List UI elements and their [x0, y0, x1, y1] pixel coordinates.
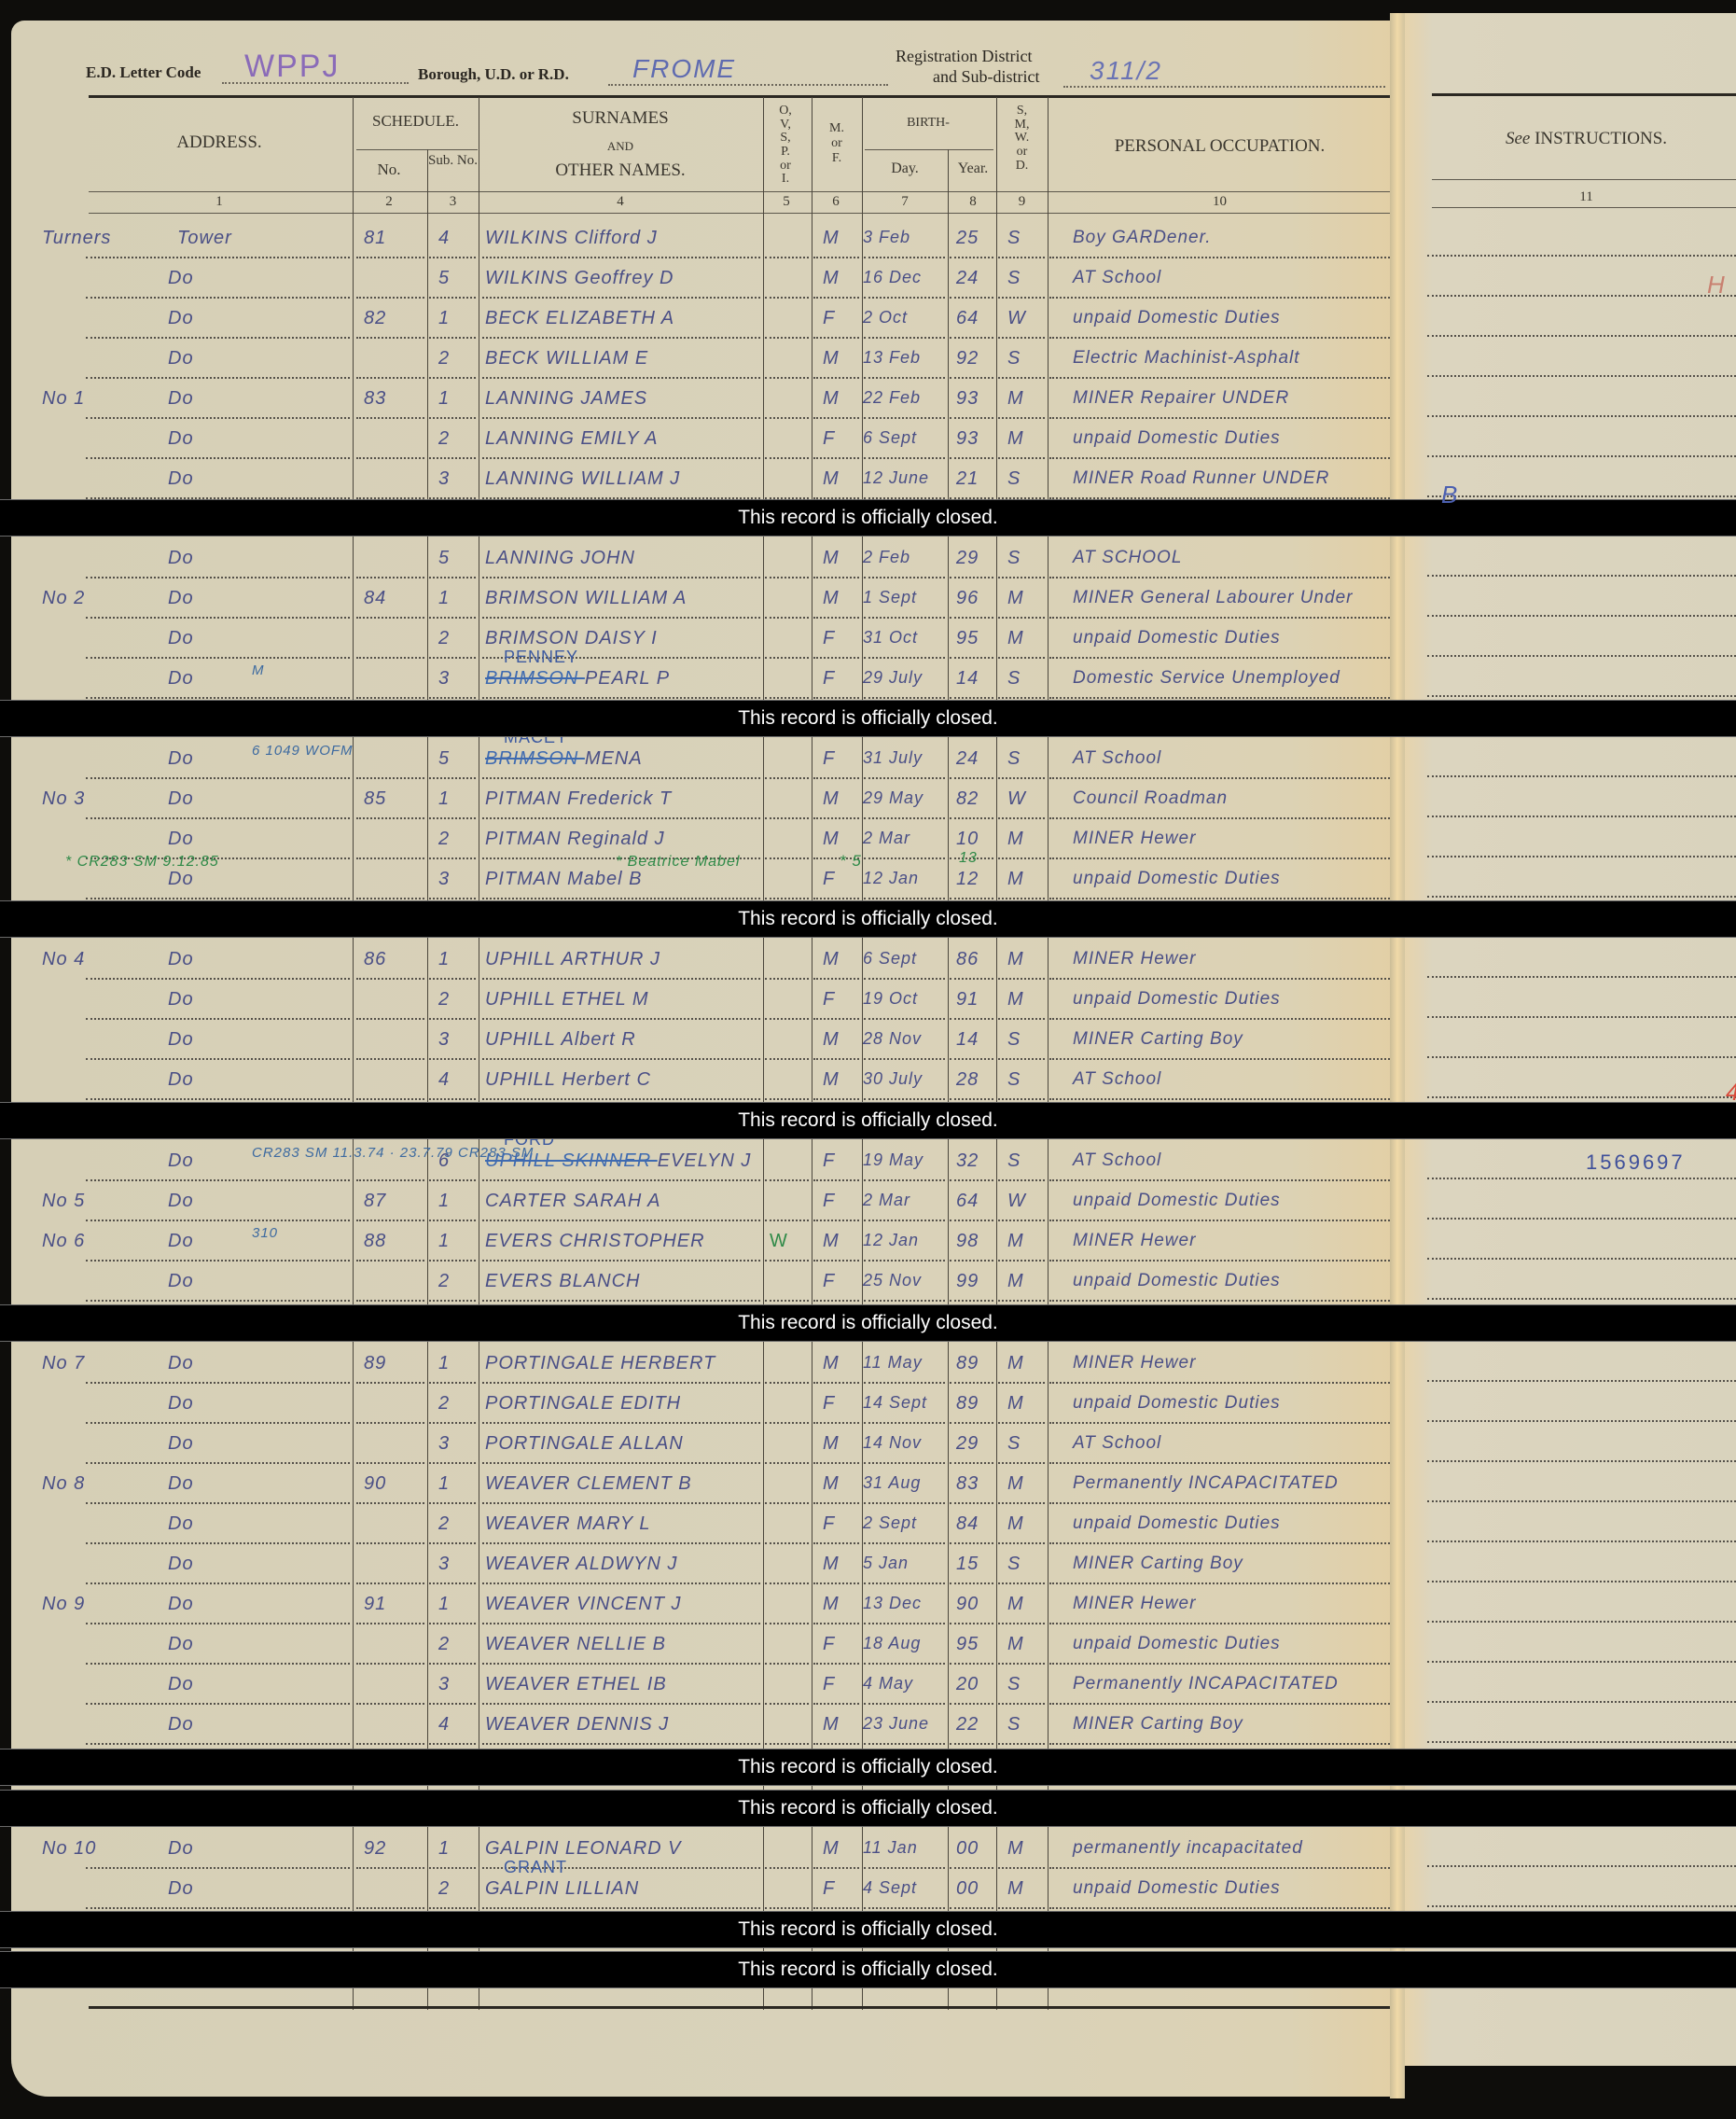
row-rule	[864, 857, 945, 859]
marital-status: M	[1007, 869, 1024, 890]
table-row: Do5WILKINS Geoffrey DM16 Dec24SAT School	[0, 260, 1399, 300]
table-row: Do2UPHILL ETHEL MF19 Oct91Munpaid Domest…	[0, 982, 1399, 1022]
occupation: permanently incapacitated	[1073, 1838, 1303, 1859]
row-rule	[998, 1743, 1045, 1745]
name-cell: BECK WILLIAM E	[485, 348, 648, 369]
schedule-sub-no: 5	[438, 548, 450, 569]
row-rule	[765, 297, 809, 299]
row-rule	[356, 297, 424, 299]
row-rule	[429, 657, 476, 659]
row-rule	[950, 297, 993, 299]
colnum-bottom-rule	[89, 213, 1390, 214]
address-cell: Tower	[177, 228, 232, 249]
row-rule	[813, 777, 859, 779]
sex-cell: F	[823, 308, 835, 329]
address-mark: No 3	[42, 788, 85, 810]
row-rule	[765, 1058, 809, 1060]
row-rule	[1049, 1663, 1390, 1665]
marital-status: M	[1007, 1473, 1024, 1495]
birth-year: 95	[956, 1634, 979, 1655]
row-rule	[998, 377, 1045, 379]
birth-day: 25 Nov	[863, 1271, 922, 1290]
green-name-correction: * Beatrice Mabel	[616, 854, 740, 871]
occupation: unpaid Domestic Duties	[1073, 1393, 1281, 1414]
closed-record-bar: This record is officially closed.	[0, 1102, 1736, 1139]
person-name: PITMAN Reginald J	[485, 829, 665, 849]
address-mark: No 4	[42, 949, 85, 970]
row-rule	[1049, 898, 1390, 899]
address-mark: No 2	[42, 588, 85, 609]
row-rule	[998, 1867, 1045, 1869]
row-rule	[429, 1058, 476, 1060]
schedule-sub-no: 1	[438, 949, 450, 970]
row-rule	[429, 1462, 476, 1464]
address-cell: Do	[168, 1554, 194, 1575]
birth-day: 14 Sept	[863, 1393, 927, 1413]
schedule-no: 89	[364, 1353, 386, 1374]
row-rule	[482, 978, 760, 980]
row-rule	[86, 1867, 350, 1869]
marital-status: S	[1007, 668, 1021, 690]
row-rule	[356, 1867, 424, 1869]
row-rule	[86, 1422, 350, 1424]
row-rule	[86, 457, 350, 459]
birth-year: 98	[956, 1231, 979, 1252]
address-cell: Do	[168, 748, 194, 770]
row-rule	[482, 1462, 760, 1464]
row-rule	[1049, 417, 1390, 419]
schedule-no: 81	[364, 228, 386, 249]
birth-day: 12 June	[863, 468, 929, 488]
schedule-sub-no: 5	[438, 268, 450, 289]
marital-status: S	[1007, 748, 1021, 770]
row-rule	[765, 1502, 809, 1504]
marital-status: M	[1007, 1393, 1024, 1415]
birth-year: 32	[956, 1150, 979, 1172]
name-correction: GRANT	[504, 1858, 567, 1877]
person-name: PORTINGALE EDITH	[485, 1393, 681, 1414]
row-rule	[86, 1502, 350, 1504]
birth-day: 13 Dec	[863, 1594, 922, 1613]
row-rule	[86, 1623, 350, 1624]
schedule-sub-no: 1	[438, 388, 450, 410]
name-cell: UPHILL Albert R	[485, 1029, 636, 1051]
row-rule	[765, 1623, 809, 1624]
closed-record-bar: This record is officially closed.	[0, 1304, 1736, 1342]
borough-value: FROME	[632, 54, 736, 84]
row-rule	[1049, 1179, 1390, 1181]
row-rule	[429, 1907, 476, 1909]
occupation: unpaid Domestic Duties	[1073, 308, 1281, 328]
row-rule	[429, 1018, 476, 1020]
table-bottom-rule	[89, 2006, 1390, 2009]
row-rule	[864, 577, 945, 579]
row-rule	[950, 777, 993, 779]
instructions-rule	[1427, 816, 1736, 817]
row-rule	[765, 1220, 809, 1221]
marital-status: S	[1007, 1150, 1021, 1172]
marital-status: M	[1007, 1878, 1024, 1900]
table-row: No 3Do851PITMAN Frederick TM29 May82WCou…	[0, 781, 1399, 821]
row-rule	[1049, 657, 1390, 659]
schedule-sub-no: 1	[438, 308, 450, 329]
birth-day: 1 Sept	[863, 588, 917, 607]
col-surnames-1: SURNAMES	[480, 108, 760, 129]
sex-cell: F	[823, 1634, 835, 1655]
person-name: PORTINGALE ALLAN	[485, 1433, 684, 1454]
row-rule	[1049, 577, 1390, 579]
borough-dotline	[608, 84, 888, 86]
row-rule	[482, 1260, 760, 1262]
row-rule	[1049, 1867, 1390, 1869]
marital-status: W	[1007, 308, 1026, 329]
row-rule	[765, 777, 809, 779]
row-rule	[1049, 1382, 1390, 1384]
marital-status: M	[1007, 1513, 1024, 1535]
person-name: UPHILL Albert R	[485, 1029, 636, 1050]
row-rule	[864, 1743, 945, 1745]
row-rule	[765, 1422, 809, 1424]
row-rule	[356, 337, 424, 339]
table-row: Do3LANNING WILLIAM JM12 June21SMINER Roa…	[0, 461, 1399, 501]
schedule-no: 82	[364, 308, 386, 329]
table-row: Do2PORTINGALE EDITHF14 Sept89Munpaid Dom…	[0, 1386, 1399, 1426]
row-rule	[864, 377, 945, 379]
col-instructions-label: INSTRUCTIONS.	[1535, 129, 1667, 148]
schedule-sub-no: 2	[438, 1634, 450, 1655]
row-rule	[998, 297, 1045, 299]
row-rule	[864, 337, 945, 339]
schedule-no: 84	[364, 588, 386, 609]
row-rule	[86, 1703, 350, 1705]
address-cell: Do	[168, 829, 194, 850]
row-rule	[998, 1098, 1045, 1100]
registration-district-value: 311/2	[1090, 56, 1162, 86]
occupation: unpaid Domestic Duties	[1073, 1878, 1281, 1899]
sex-cell: M	[823, 1473, 840, 1495]
birth-year: 14	[956, 668, 979, 690]
row-rule	[482, 777, 760, 779]
sex-cell: M	[823, 468, 840, 490]
row-rule	[998, 1179, 1045, 1181]
row-rule	[813, 1542, 859, 1544]
row-rule	[813, 617, 859, 619]
address-cell: Do	[168, 788, 194, 810]
row-rule	[765, 1663, 809, 1665]
row-rule	[1049, 1422, 1390, 1424]
row-rule	[950, 657, 993, 659]
schedule-sub-no: 2	[438, 1393, 450, 1415]
row-rule	[482, 1018, 760, 1020]
row-rule	[356, 1300, 424, 1302]
row-rule	[356, 1907, 424, 1909]
col-instructions-prefix: See	[1506, 129, 1530, 148]
name-cell: GALPIN LILLIAN	[485, 1878, 639, 1900]
row-rule	[765, 1098, 809, 1100]
row-rule	[1049, 1098, 1390, 1100]
row-rule	[813, 577, 859, 579]
sex-cell: M	[823, 1554, 840, 1575]
person-name: PITMAN Frederick T	[485, 788, 672, 809]
row-rule	[86, 297, 350, 299]
table-row: Do3WEAVER ALDWYN JM5 Jan15SMINER Carting…	[0, 1546, 1399, 1586]
schedule-sub-no: 2	[438, 1878, 450, 1900]
table-row: Do2WEAVER NELLIE BF18 Aug95Munpaid Domes…	[0, 1626, 1399, 1666]
birth-year: 10	[956, 829, 979, 850]
birth-day: 2 Oct	[863, 308, 908, 328]
row-rule	[356, 817, 424, 819]
row-rule	[765, 1179, 809, 1181]
row-rule	[813, 1422, 859, 1424]
name-cell: BRIMSON DAISY I	[485, 628, 658, 649]
row-rule	[429, 817, 476, 819]
col-schedule: SCHEDULE.	[353, 112, 479, 131]
schedule-sub-no: 3	[438, 668, 450, 690]
row-rule	[482, 1179, 760, 1181]
row-rule	[998, 417, 1045, 419]
green-day-correction: * 5	[840, 852, 862, 871]
colnum-11: 11	[1437, 189, 1736, 205]
row-rule	[429, 1623, 476, 1624]
birth-day: 5 Jan	[863, 1554, 909, 1573]
row-rule	[86, 697, 350, 699]
row-rule	[356, 1260, 424, 1262]
name-cell: WEAVER DENNIS J	[485, 1714, 669, 1736]
row-rule	[998, 1623, 1045, 1624]
row-rule	[813, 457, 859, 459]
row-rule	[86, 417, 350, 419]
person-name: LANNING EMILY A	[485, 428, 658, 449]
marital-status: W	[1007, 1191, 1026, 1212]
occupation: unpaid Domestic Duties	[1073, 1271, 1281, 1291]
row-rule	[1049, 1260, 1390, 1262]
person-name: GALPIN LEONARD V	[485, 1838, 682, 1859]
occupation: MINER Carting Boy	[1073, 1714, 1243, 1735]
row-rule	[482, 1743, 760, 1745]
occupation: Council Roadman	[1073, 788, 1228, 809]
sex-cell: M	[823, 228, 840, 249]
row-rule	[765, 1382, 809, 1384]
birth-year: 12	[956, 869, 979, 890]
birth-day: 31 Oct	[863, 628, 918, 648]
occupation: AT School	[1073, 1150, 1161, 1171]
address-cell: Do	[168, 1231, 194, 1252]
name-cell: EVERS CHRISTOPHER	[485, 1231, 705, 1252]
colnum-5: 5	[763, 194, 810, 210]
birth-year: 14	[956, 1029, 979, 1051]
address-cell: Do	[168, 548, 194, 569]
birth-day: 2 Mar	[863, 1191, 910, 1210]
row-rule	[429, 898, 476, 899]
schedule-sub-no: 1	[438, 1231, 450, 1252]
name-cell: CARTER SARAH A	[485, 1191, 660, 1212]
row-rule	[429, 1382, 476, 1384]
row-rule	[998, 657, 1045, 659]
sex-cell: F	[823, 668, 835, 690]
address-cell: Do	[168, 1634, 194, 1655]
sex-cell: M	[823, 1714, 840, 1736]
name-cell: GALPIN LEONARD V	[485, 1838, 682, 1860]
sex-cell: M	[823, 388, 840, 410]
row-rule	[482, 697, 760, 699]
person-name: WEAVER CLEMENT B	[485, 1473, 692, 1494]
address-cell: Do	[168, 628, 194, 649]
address-mark: No 6	[42, 1231, 85, 1252]
sex-cell: F	[823, 1878, 835, 1900]
row-rule	[356, 417, 424, 419]
row-rule	[765, 978, 809, 980]
row-rule	[482, 377, 760, 379]
sex-cell: F	[823, 1191, 835, 1212]
row-rule	[998, 617, 1045, 619]
row-rule	[998, 1502, 1045, 1504]
birth-day: 4 Sept	[863, 1878, 917, 1898]
row-rule	[356, 978, 424, 980]
row-rule	[765, 857, 809, 859]
row-rule	[864, 1018, 945, 1020]
row-rule	[429, 1300, 476, 1302]
struck-surname: UPHILL SKINNER	[485, 1150, 658, 1171]
instructions-rule	[1427, 1380, 1736, 1382]
occupation: Permanently INCAPACITATED	[1073, 1674, 1339, 1694]
row-rule	[429, 1582, 476, 1584]
row-rule	[1049, 978, 1390, 980]
address-cell: Do	[168, 268, 194, 289]
address-cell: Do	[168, 1513, 194, 1535]
table-row: Do3PORTINGALE ALLANM14 Nov29SAT School	[0, 1426, 1399, 1466]
row-rule	[864, 1422, 945, 1424]
row-rule	[950, 377, 993, 379]
address-annotation: 6 1049 WOFM	[252, 743, 354, 759]
row-rule	[482, 1220, 760, 1221]
name-cell: WEAVER NELLIE B	[485, 1634, 666, 1655]
name-cell: WEAVER ALDWYN J	[485, 1554, 678, 1575]
table-row: No 10Do921GALPIN LEONARD VM11 Jan00Mperm…	[0, 1831, 1399, 1871]
table-row: No 1Do831LANNING JAMESM22 Feb93MMINER Re…	[0, 381, 1399, 421]
marital-status: M	[1007, 829, 1024, 850]
row-rule	[356, 577, 424, 579]
row-rule	[429, 697, 476, 699]
col-schedule-no: No.	[353, 160, 425, 179]
occupation: AT School	[1073, 1069, 1161, 1090]
table-row: Do3WEAVER ETHEL IBF4 May20SPermanently I…	[0, 1666, 1399, 1707]
row-rule	[356, 1220, 424, 1221]
person-name: BECK WILLIAM E	[485, 348, 648, 369]
marital-status: S	[1007, 548, 1021, 569]
row-rule	[429, 617, 476, 619]
person-name: WEAVER NELLIE B	[485, 1634, 666, 1654]
row-rule	[813, 1867, 859, 1869]
row-rule	[482, 257, 760, 258]
row-rule	[998, 857, 1045, 859]
row-rule	[356, 1422, 424, 1424]
birth-year: 93	[956, 428, 979, 450]
person-name: PORTINGALE HERBERT	[485, 1353, 715, 1373]
row-rule	[813, 1462, 859, 1464]
row-rule	[86, 617, 350, 619]
row-rule	[1049, 1462, 1390, 1464]
row-rule	[864, 257, 945, 258]
row-rule	[950, 1743, 993, 1745]
occupation: MINER Hewer	[1073, 829, 1196, 849]
row-rule	[813, 1260, 859, 1262]
instructions-rule	[1427, 1056, 1736, 1058]
row-rule	[998, 1907, 1045, 1909]
instructions-rule	[1427, 455, 1736, 457]
occupation: unpaid Domestic Duties	[1073, 989, 1281, 1010]
row-rule	[950, 1623, 993, 1624]
birth-year: 24	[956, 748, 979, 770]
table-row: No 5Do871CARTER SARAH AF2 Mar64Wunpaid D…	[0, 1183, 1399, 1223]
table-row: Do3UPHILL Albert RM28 Nov14SMINER Cartin…	[0, 1022, 1399, 1062]
schedule-sub-no: 1	[438, 1594, 450, 1615]
birth-year: 93	[956, 388, 979, 410]
address-cell: Do	[168, 949, 194, 970]
row-rule	[813, 817, 859, 819]
schedule-no: 87	[364, 1191, 386, 1212]
colnum-7: 7	[863, 194, 947, 210]
row-rule	[813, 1623, 859, 1624]
row-rule	[1049, 1703, 1390, 1705]
row-rule	[765, 1743, 809, 1745]
schedule-sub-no: 5	[438, 748, 450, 770]
row-rule	[813, 1382, 859, 1384]
row-rule	[356, 1098, 424, 1100]
table-row: No 7Do891PORTINGALE HERBERTM11 May89MMIN…	[0, 1345, 1399, 1386]
row-rule	[765, 337, 809, 339]
row-rule	[864, 1300, 945, 1302]
sex-cell: M	[823, 949, 840, 970]
marital-status: S	[1007, 1674, 1021, 1695]
name-cell: LANNING JAMES	[485, 388, 647, 410]
schedule-sub-no: 3	[438, 1554, 450, 1575]
row-rule	[86, 657, 350, 659]
row-rule	[864, 817, 945, 819]
address-cell: Do	[168, 869, 194, 890]
row-rule	[765, 1018, 809, 1020]
instructions-rule	[1427, 1460, 1736, 1462]
address-cell: Do	[168, 668, 194, 690]
table-row: No 2Do841BRIMSON WILLIAM AM1 Sept96MMINE…	[0, 580, 1399, 620]
address-cell: Do	[168, 588, 194, 609]
instructions-rule	[1427, 775, 1736, 777]
row-rule	[864, 1542, 945, 1544]
occupation: unpaid Domestic Duties	[1073, 869, 1281, 889]
birth-year: 90	[956, 1594, 979, 1615]
birth-day: 16 Dec	[863, 268, 922, 287]
row-rule	[950, 1462, 993, 1464]
schedule-sub-no: 1	[438, 1473, 450, 1495]
row-rule	[429, 1179, 476, 1181]
colnum-10: 10	[1049, 194, 1390, 210]
table-row: Do6 1049 WOFM5BRIMSON MENAMACEYF31 July2…	[0, 741, 1399, 781]
address-cell: Do	[168, 388, 194, 410]
row-rule	[813, 1502, 859, 1504]
row-rule	[864, 457, 945, 459]
instructions-rule	[1427, 856, 1736, 857]
row-rule	[429, 297, 476, 299]
row-rule	[864, 1220, 945, 1221]
row-rule	[356, 697, 424, 699]
row-rule	[813, 1743, 859, 1745]
row-rule	[864, 297, 945, 299]
birth-year: 64	[956, 1191, 979, 1212]
row-rule	[429, 777, 476, 779]
birth-year: 95	[956, 628, 979, 649]
schedule-sub-no: 1	[438, 588, 450, 609]
row-rule	[864, 1907, 945, 1909]
birth-year: 28	[956, 1069, 979, 1091]
